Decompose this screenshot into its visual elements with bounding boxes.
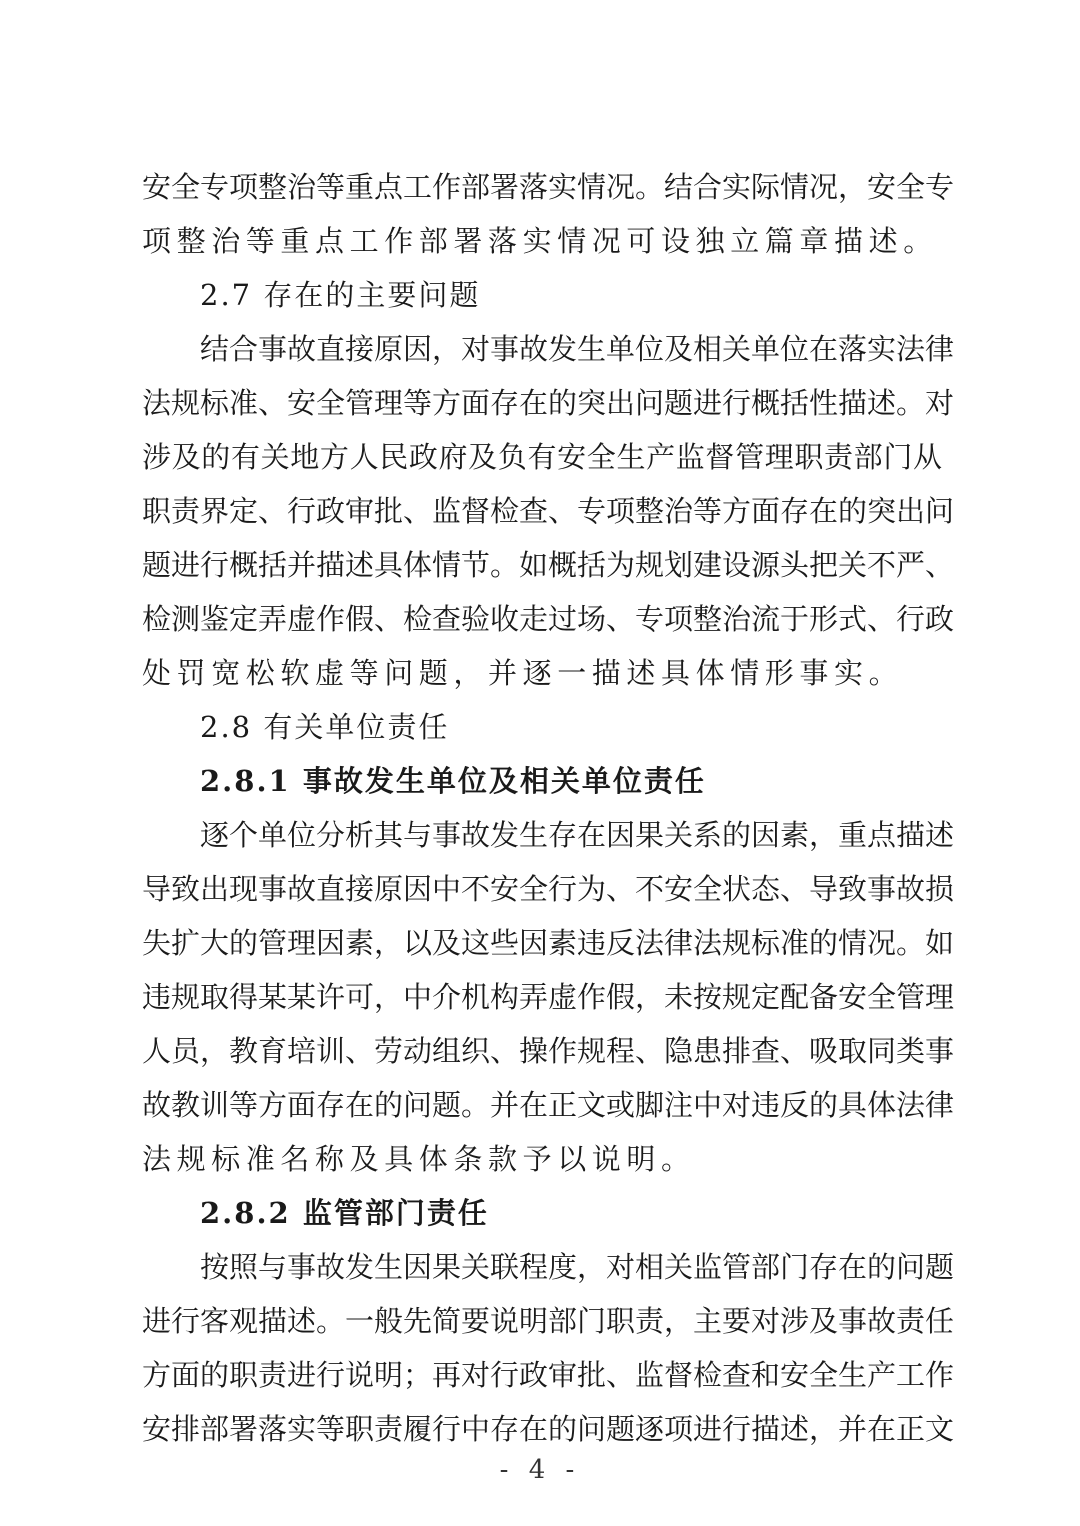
paragraph-line: 导致出现事故直接原因中不安全行为、不安全状态、导致事故损 xyxy=(142,862,942,916)
paragraph-line: 按照与事故发生因果关联程度，对相关监管部门存在的问题 xyxy=(142,1240,942,1294)
paragraph-line: 项整治等重点工作部署落实情况可设独立篇章描述。 xyxy=(142,214,942,268)
paragraph-line: 处罚宽松软虚等问题，并逐一描述具体情形事实。 xyxy=(142,646,942,700)
paragraph-line: 结合事故直接原因，对事故发生单位及相关单位在落实法律 xyxy=(142,322,942,376)
paragraph-line: 职责界定、行政审批、监督检查、专项整治等方面存在的突出问 xyxy=(142,484,942,538)
page-number: - 4 - xyxy=(0,1455,1080,1485)
paragraph-line: 安排部署落实等职责履行中存在的问题逐项进行描述，并在正文 xyxy=(142,1402,942,1456)
section-heading-2-8: 2.8 有关单位责任 xyxy=(142,700,942,754)
paragraph-line: 故教训等方面存在的问题。并在正文或脚注中对违反的具体法律 xyxy=(142,1078,942,1132)
paragraph-line: 失扩大的管理因素，以及这些因素违反法律法规标准的情况。如 xyxy=(142,916,942,970)
paragraph-line: 逐个单位分析其与事故发生存在因果关系的因素，重点描述 xyxy=(142,808,942,862)
section-heading-2-8-1: 2.8.1 事故发生单位及相关单位责任 xyxy=(142,754,942,808)
paragraph-line: 违规取得某某许可，中介机构弄虚作假，未按规定配备安全管理 xyxy=(142,970,942,1024)
paragraph-line: 题进行概括并描述具体情节。如概括为规划建设源头把关不严、 xyxy=(142,538,942,592)
section-heading-2-8-2: 2.8.2 监管部门责任 xyxy=(142,1186,942,1240)
paragraph-line: 方面的职责进行说明；再对行政审批、监督检查和安全生产工作 xyxy=(142,1348,942,1402)
paragraph-line: 法规标准、安全管理等方面存在的突出问题进行概括性描述。对 xyxy=(142,376,942,430)
section-heading-2-7: 2.7 存在的主要问题 xyxy=(142,268,942,322)
paragraph-line: 检测鉴定弄虚作假、检查验收走过场、专项整治流于形式、行政 xyxy=(142,592,942,646)
paragraph-line: 进行客观描述。一般先简要说明部门职责，主要对涉及事故责任 xyxy=(142,1294,942,1348)
paragraph-line: 人员，教育培训、劳动组织、操作规程、隐患排查、吸取同类事 xyxy=(142,1024,942,1078)
paragraph-line: 涉及的有关地方人民政府及负有安全生产监督管理职责部门从 xyxy=(142,430,942,484)
paragraph-line: 安全专项整治等重点工作部署落实情况。结合实际情况，安全专 xyxy=(142,160,942,214)
document-page: 安全专项整治等重点工作部署落实情况。结合实际情况，安全专 项整治等重点工作部署落… xyxy=(142,160,942,1456)
paragraph-line: 法规标准名称及具体条款予以说明。 xyxy=(142,1132,942,1186)
